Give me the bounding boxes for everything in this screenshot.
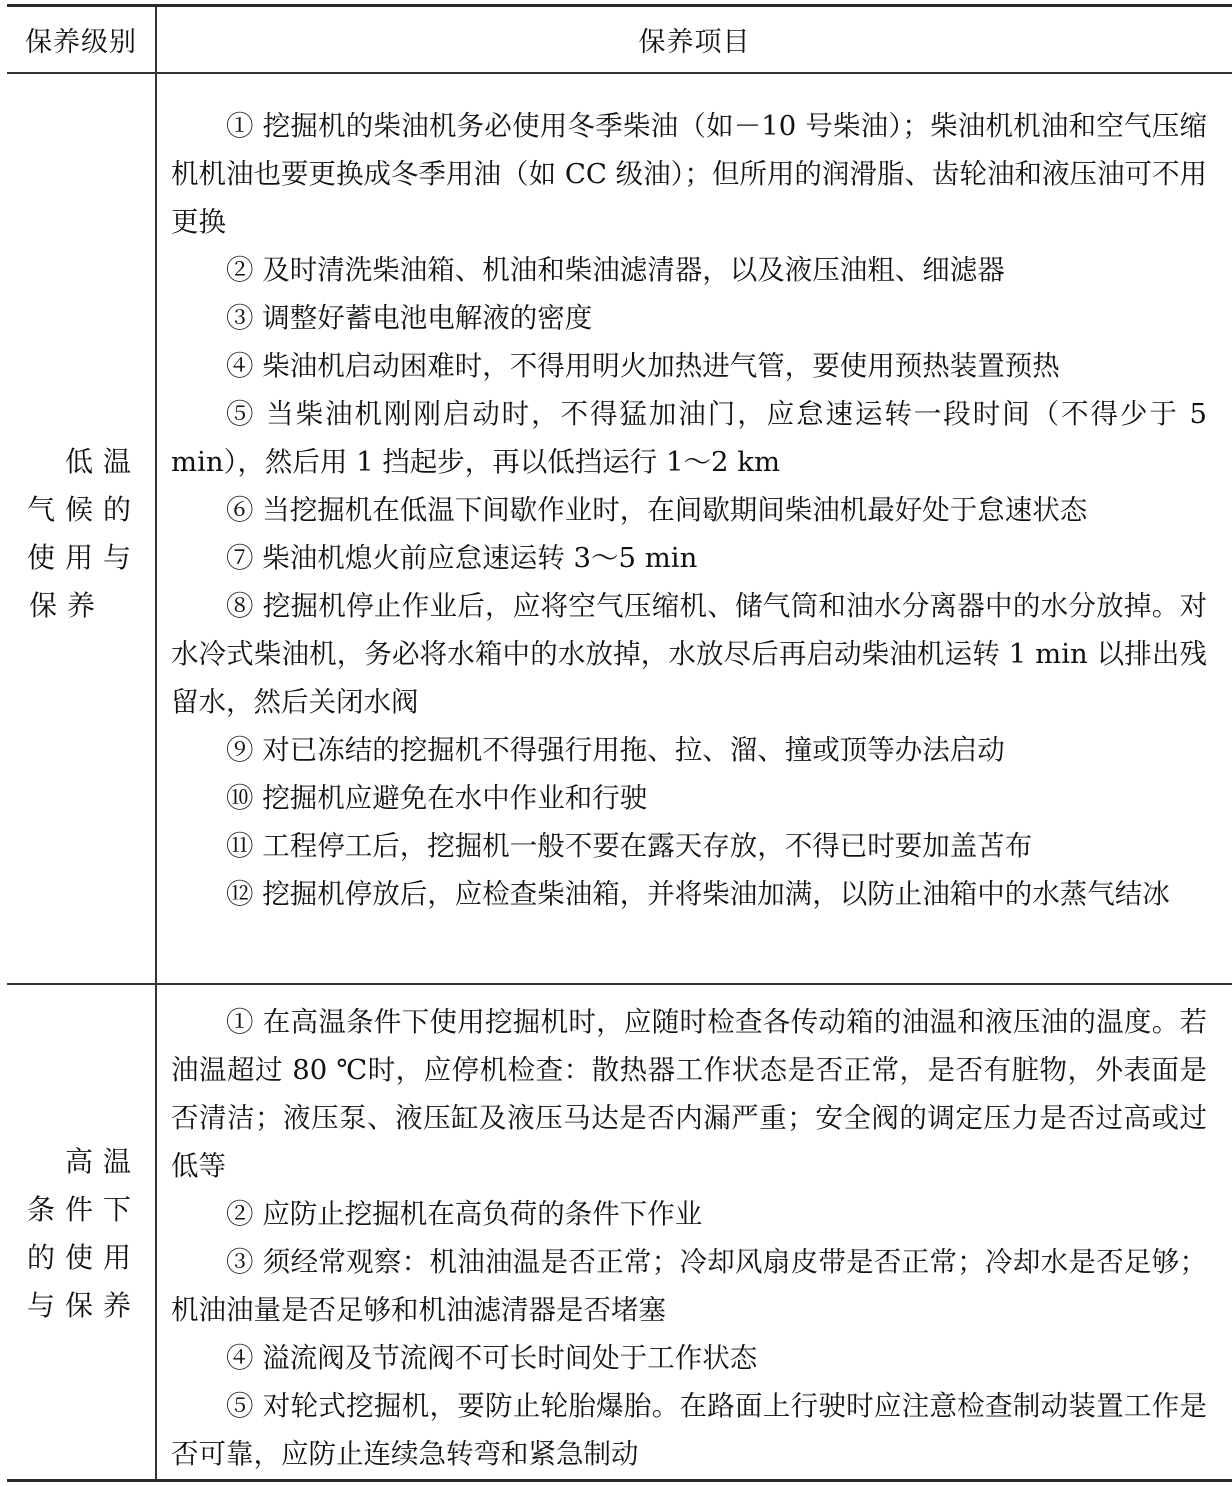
header-items: 保养项目 [157,7,1232,71]
list-item: ④ 柴油机启动困难时，不得用明火加热进气管，要使用预热装置预热 [171,342,1207,390]
list-item: ⑩ 挖掘机应避免在水中作业和行驶 [171,774,1207,822]
list-item: ① 在高温条件下使用挖掘机时，应随时检查各传动箱的油温和液压油的温度。若油温超过… [171,998,1207,1190]
row-divider [7,983,1232,985]
list-item: ⑨ 对已冻结的挖掘机不得强行用拖、拉、溜、撞或顶等办法启动 [171,726,1207,774]
level-line: 使用与 [7,534,141,582]
list-item: ⑫ 挖掘机停放后，应检查柴油箱，并将柴油加满，以防止油箱中的水蒸气结冰 [171,870,1207,918]
level-line: 与保养 [7,1282,141,1330]
list-item: ② 及时清洗柴油箱、机油和柴油滤清器，以及液压油粗、细滤器 [171,246,1207,294]
level-line: 条件下 [7,1186,141,1234]
list-item: ① 挖掘机的柴油机务必使用冬季柴油（如－10 号柴油）；柴油机机油和空气压缩机机… [171,102,1207,246]
level-high-temperature: 高温 条件下 的使用 与保养 [7,1138,155,1330]
level-line: 高温 [7,1138,141,1186]
header-bottom-rule [7,72,1232,74]
list-item: ② 应防止挖掘机在高负荷的条件下作业 [171,1190,1207,1238]
list-item: ⑤ 当柴油机刚刚启动时，不得猛加油门，应怠速运转一段时间（不得少于 5 min）… [171,390,1207,486]
items-low-temperature: ① 挖掘机的柴油机务必使用冬季柴油（如－10 号柴油）；柴油机机油和空气压缩机机… [157,102,1207,918]
list-item: ③ 调整好蓄电池电解液的密度 [171,294,1207,342]
level-line: 低温 [7,438,141,486]
items-high-temperature: ① 在高温条件下使用挖掘机时，应随时检查各传动箱的油温和液压油的温度。若油温超过… [157,998,1207,1478]
table-bottom-border [7,1479,1232,1482]
header-level: 保养级别 [7,7,155,71]
list-item: ⑧ 挖掘机停止作业后，应将空气压缩机、储气筒和油水分离器中的水分放掉。对水冷式柴… [171,582,1207,726]
level-low-temperature: 低温 气候的 使用与 保养 [7,438,155,630]
list-item: ③ 须经常观察：机油油温是否正常；冷却风扇皮带是否正常；冷却水是否足够；机油油量… [171,1238,1207,1334]
list-item: ⑪ 工程停工后，挖掘机一般不要在露天存放，不得已时要加盖苫布 [171,822,1207,870]
list-item: ⑥ 当挖掘机在低温下间歇作业时，在间歇期间柴油机最好处于怠速状态 [171,486,1207,534]
level-line: 保养 [7,582,141,630]
list-item: ⑦ 柴油机熄火前应怠速运转 3～5 min [171,534,1207,582]
list-item: ④ 溢流阀及节流阀不可长时间处于工作状态 [171,1334,1207,1382]
level-line: 的使用 [7,1234,141,1282]
level-line: 气候的 [7,486,141,534]
list-item: ⑤ 对轮式挖掘机，要防止轮胎爆胎。在路面上行驶时应注意检查制动装置工作是否可靠，… [171,1382,1207,1478]
